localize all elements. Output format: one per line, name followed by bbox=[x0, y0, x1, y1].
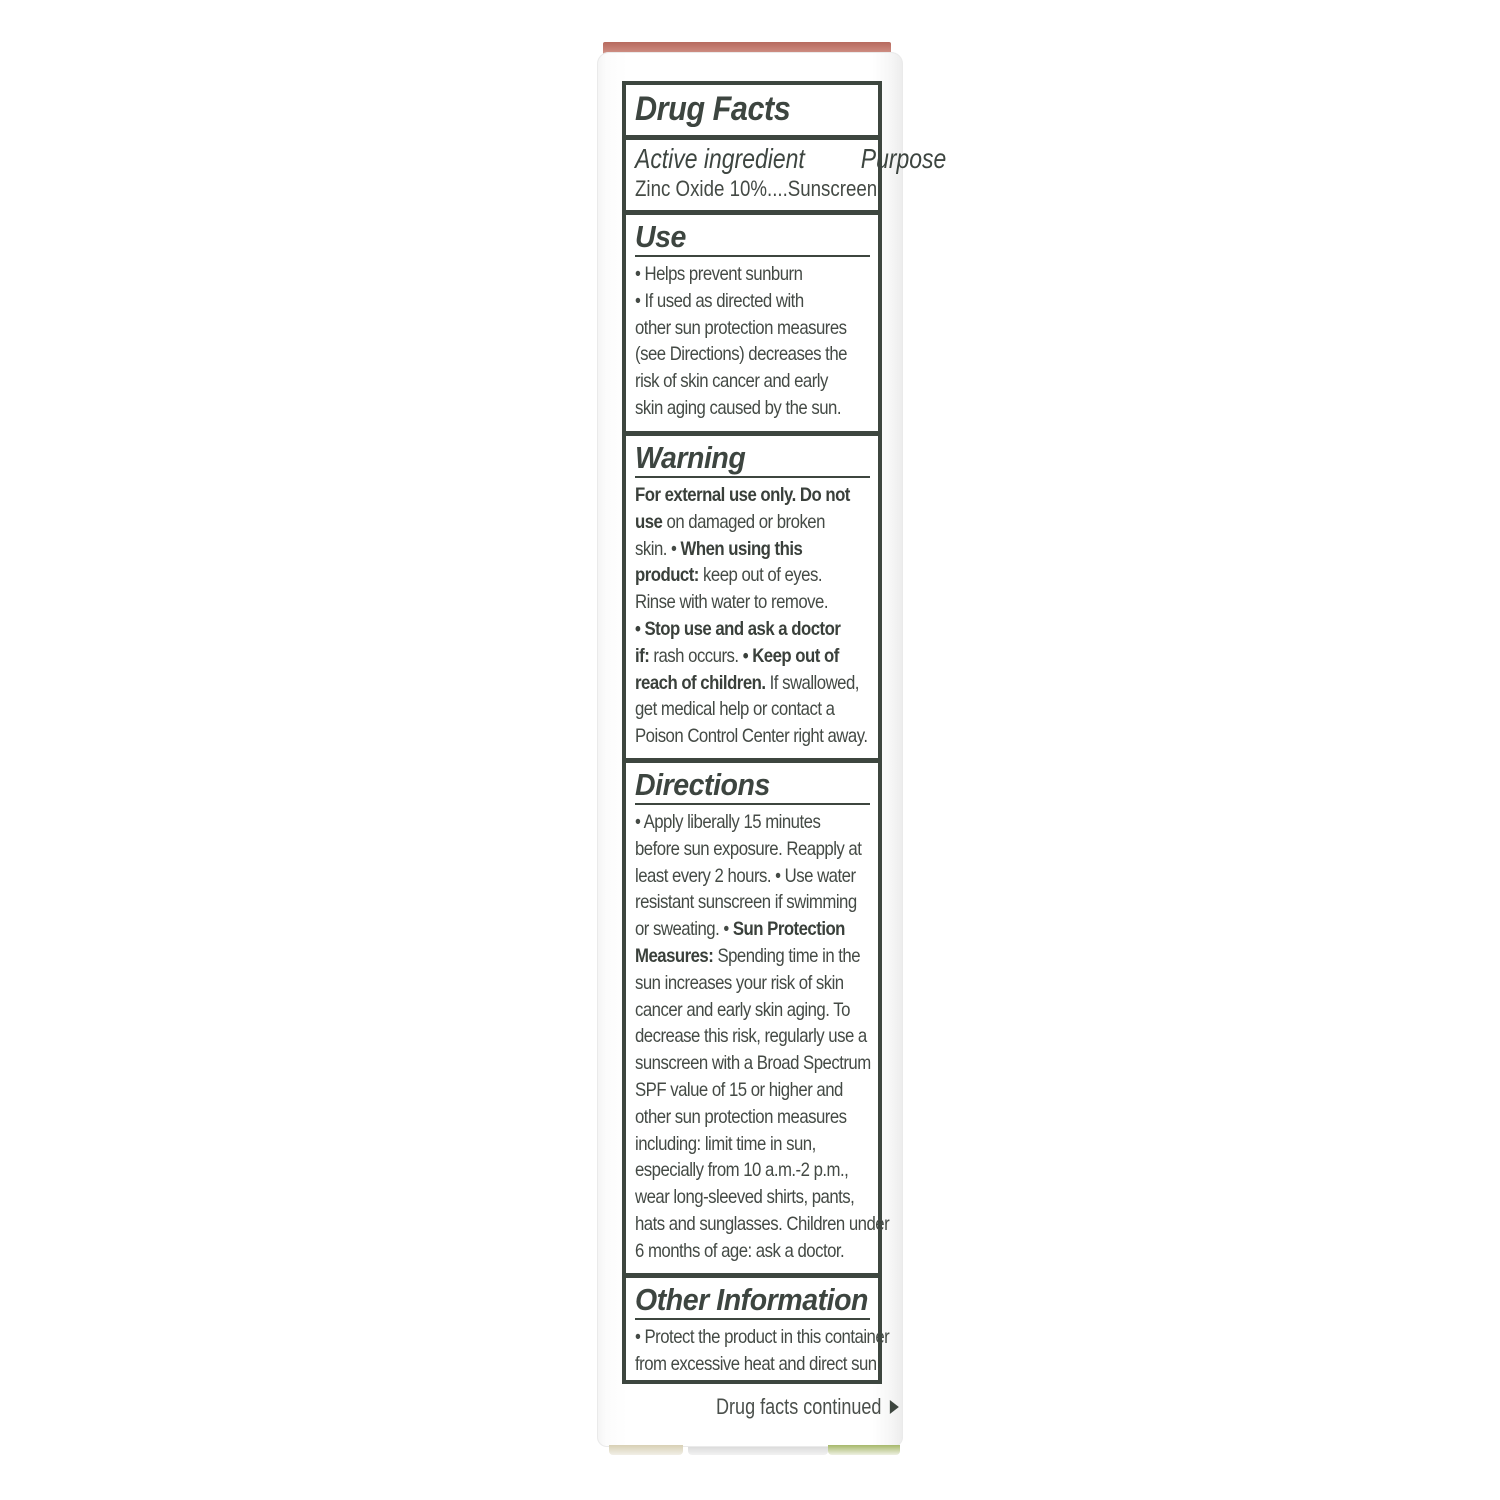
directions-line: resistant sunscreen if swimming bbox=[635, 889, 869, 916]
active-ingredient-row: Zinc Oxide 10%....Sunscreen bbox=[635, 176, 871, 202]
product-box-scene: Drug Facts Active ingredient Purpose Zin… bbox=[0, 0, 1500, 1500]
active-ingredient-heading: Active ingredient bbox=[635, 142, 805, 176]
directions-line: or sweating. • Sun Protection bbox=[635, 916, 869, 943]
triangle-right-icon bbox=[890, 1400, 899, 1414]
directions-line: cancer and early skin aging. To bbox=[635, 997, 869, 1024]
drug-facts-header: Drug Facts bbox=[626, 85, 878, 135]
directions-text: • Apply liberally 15 minutes before sun … bbox=[635, 809, 869, 1265]
drug-facts-title: Drug Facts bbox=[635, 89, 847, 129]
other-information-text: • Protect the product in this container … bbox=[635, 1324, 869, 1378]
warning-line: • Stop use and ask a doctor bbox=[635, 616, 869, 643]
directions-line: other sun protection measures bbox=[635, 1104, 869, 1131]
other-information-line: • Protect the product in this container bbox=[635, 1324, 869, 1351]
continued-label: Drug facts continued bbox=[716, 1394, 881, 1420]
other-information-title: Other Information bbox=[635, 1282, 851, 1318]
warning-line: product: keep out of eyes. bbox=[635, 562, 869, 589]
active-ingredient-section: Active ingredient Purpose Zinc Oxide 10%… bbox=[626, 140, 878, 210]
use-title: Use bbox=[635, 219, 851, 255]
box-bottom-flap-middle bbox=[688, 1447, 828, 1455]
directions-line: including: limit time in sun, bbox=[635, 1131, 869, 1158]
directions-line: before sun exposure. Reapply at bbox=[635, 836, 869, 863]
warning-title: Warning bbox=[635, 440, 851, 476]
use-line: skin aging caused by the sun. bbox=[635, 395, 869, 422]
directions-line: sun increases your risk of skin bbox=[635, 970, 869, 997]
other-information-section: Other Information • Protect the product … bbox=[626, 1278, 878, 1380]
drug-facts-continued: Drug facts continued bbox=[716, 1394, 899, 1420]
warning-text: For external use only. Do not use on dam… bbox=[635, 482, 869, 750]
use-text: • Helps prevent sunburn • If used as dir… bbox=[635, 261, 869, 422]
directions-section: Directions • Apply liberally 15 minutes … bbox=[626, 763, 878, 1273]
use-line: • Helps prevent sunburn bbox=[635, 261, 869, 288]
directions-line: 6 months of age: ask a doctor. bbox=[635, 1238, 869, 1265]
warning-line: get medical help or contact a bbox=[635, 696, 869, 723]
directions-line: especially from 10 a.m.-2 p.m., bbox=[635, 1157, 869, 1184]
warning-line: For external use only. Do not bbox=[635, 482, 869, 509]
warning-line: use on damaged or broken bbox=[635, 509, 869, 536]
directions-line: hats and sunglasses. Children under bbox=[635, 1211, 869, 1238]
use-line: (see Directions) decreases the bbox=[635, 341, 869, 368]
warning-line: Poison Control Center right away. bbox=[635, 723, 869, 750]
other-information-line: from excessive heat and direct sun. bbox=[635, 1351, 869, 1378]
use-section: Use • Helps prevent sunburn • If used as… bbox=[626, 215, 878, 431]
use-line: • If used as directed with bbox=[635, 288, 869, 315]
warning-line: reach of children. If swallowed, bbox=[635, 670, 869, 697]
purpose-heading: Purpose bbox=[861, 142, 947, 176]
directions-line: • Apply liberally 15 minutes bbox=[635, 809, 869, 836]
directions-line: least every 2 hours. • Use water bbox=[635, 863, 869, 890]
directions-line: wear long-sleeved shirts, pants, bbox=[635, 1184, 869, 1211]
directions-line: SPF value of 15 or higher and bbox=[635, 1077, 869, 1104]
directions-title: Directions bbox=[635, 767, 851, 803]
warning-section: Warning For external use only. Do not us… bbox=[626, 436, 878, 758]
box-bottom-flap-left bbox=[609, 1445, 683, 1455]
use-line: risk of skin cancer and early bbox=[635, 368, 869, 395]
box-bottom-flap-right bbox=[828, 1445, 900, 1455]
warning-line: Rinse with water to remove. bbox=[635, 589, 869, 616]
warning-line: if: rash occurs. • Keep out of bbox=[635, 643, 869, 670]
directions-line: decrease this risk, regularly use a bbox=[635, 1023, 869, 1050]
drug-facts-label: Drug Facts Active ingredient Purpose Zin… bbox=[622, 81, 882, 1384]
directions-line: sunscreen with a Broad Spectrum bbox=[635, 1050, 869, 1077]
directions-line: Measures: Spending time in the bbox=[635, 943, 869, 970]
active-ingredient-header: Active ingredient Purpose bbox=[635, 142, 870, 176]
warning-line: skin. • When using this bbox=[635, 536, 869, 563]
use-line: other sun protection measures bbox=[635, 315, 869, 342]
